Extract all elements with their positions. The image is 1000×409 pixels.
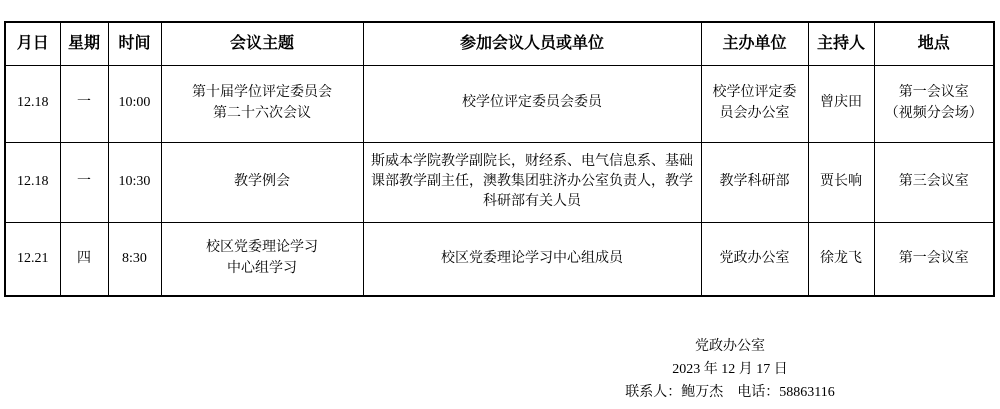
header-cell-location: 地点 (874, 22, 994, 65)
table-row: 12.21 四 8:30 校区党委理论学习 中心组学习 校区党委理论学习中心组成… (5, 222, 994, 296)
header-cell-organizer: 主办单位 (701, 22, 808, 65)
footer-department: 党政办公室 (455, 335, 1000, 358)
cell-topic: 教学例会 (161, 142, 363, 222)
table-header-row: 月日 星期 时间 会议主题 参加会议人员或单位 主办单位 主持人 地点 (5, 22, 994, 65)
header-cell-topic: 会议主题 (161, 22, 363, 65)
cell-organizer: 校学位评定委 员会办公室 (701, 65, 808, 142)
header-cell-participants: 参加会议人员或单位 (363, 22, 701, 65)
cell-organizer: 党政办公室 (701, 222, 808, 296)
cell-host: 贾长响 (808, 142, 874, 222)
cell-location: 第一会议室 (874, 222, 994, 296)
cell-time: 8:30 (108, 222, 161, 296)
cell-participants: 斯威本学院教学副院长，财经系、电气信息系、基础 课部教学副主任，澳教集团驻济办公… (363, 142, 701, 222)
meeting-schedule-table: 月日 星期 时间 会议主题 参加会议人员或单位 主办单位 主持人 地点 12.1… (4, 21, 995, 297)
cell-location: 第一会议室 （视频分会场） (874, 65, 994, 142)
table-row: 12.18 一 10:30 教学例会 斯威本学院教学副院长，财经系、电气信息系、… (5, 142, 994, 222)
meeting-schedule-page: 月日 星期 时间 会议主题 参加会议人员或单位 主办单位 主持人 地点 12.1… (0, 0, 1000, 409)
header-cell-date: 月日 (5, 22, 60, 65)
cell-organizer: 教学科研部 (701, 142, 808, 222)
cell-location: 第三会议室 (874, 142, 994, 222)
cell-weekday: 一 (60, 142, 108, 222)
cell-date: 12.18 (5, 65, 60, 142)
cell-date: 12.18 (5, 142, 60, 222)
cell-time: 10:30 (108, 142, 161, 222)
cell-weekday: 四 (60, 222, 108, 296)
header-cell-time: 时间 (108, 22, 161, 65)
cell-topic: 校区党委理论学习 中心组学习 (161, 222, 363, 296)
cell-participants: 校区党委理论学习中心组成员 (363, 222, 701, 296)
footer-signature: 党政办公室 2023 年 12 月 17 日 联系人：鲍万杰 电话：588631… (455, 335, 1000, 404)
cell-participants: 校学位评定委员会委员 (363, 65, 701, 142)
footer-date: 2023 年 12 月 17 日 (455, 358, 1000, 381)
table-row: 12.18 一 10:00 第十届学位评定委员会 第二十六次会议 校学位评定委员… (5, 65, 994, 142)
cell-date: 12.21 (5, 222, 60, 296)
cell-weekday: 一 (60, 65, 108, 142)
cell-host: 徐龙飞 (808, 222, 874, 296)
cell-time: 10:00 (108, 65, 161, 142)
footer-contact: 联系人：鲍万杰 电话：58863116 (455, 381, 1000, 404)
cell-topic: 第十届学位评定委员会 第二十六次会议 (161, 65, 363, 142)
cell-host: 曾庆田 (808, 65, 874, 142)
header-cell-weekday: 星期 (60, 22, 108, 65)
header-cell-host: 主持人 (808, 22, 874, 65)
